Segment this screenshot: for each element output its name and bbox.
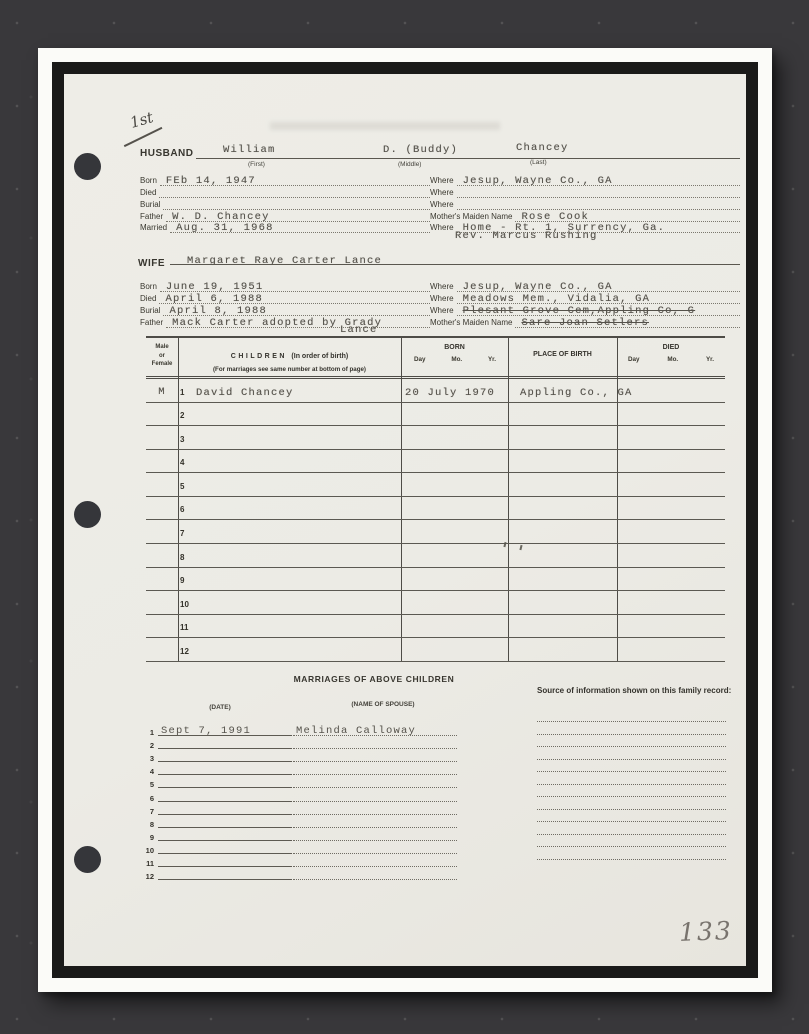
born-column-header: BORN xyxy=(401,344,508,351)
child-row-number: 1 xyxy=(180,388,184,397)
husband-field-row: MarriedAug. 31, 1968WhereHome - Rt. 1, S… xyxy=(140,221,740,233)
marriage-row: 10 xyxy=(144,842,726,855)
marriage-spouse-line xyxy=(293,750,457,762)
wife-where-label: Mother's Maiden Name xyxy=(430,318,515,328)
children-row: 2 xyxy=(146,403,725,427)
marriage-row: 9 xyxy=(144,829,726,842)
marriage-spouse-line xyxy=(293,737,457,749)
last-caption: (Last) xyxy=(530,159,547,166)
page-number: 133 xyxy=(679,916,734,947)
marriage-date-line xyxy=(158,829,292,841)
children-column-header: CHILDREN (In order of birth) (For marria… xyxy=(178,345,401,373)
hole-punch-middle xyxy=(74,501,101,528)
husband-where-label: Where xyxy=(430,223,457,233)
child-row-number: 4 xyxy=(180,458,184,467)
marriage-date: Sept 7, 1991 xyxy=(161,725,251,737)
scanned-sheet: 1st HUSBAND William D. (Buddy) Chancey (… xyxy=(38,48,772,992)
children-row: 5 xyxy=(146,473,725,497)
marriage-date-line xyxy=(158,737,292,749)
husband-field-left: MarriedAug. 31, 1968 xyxy=(140,221,430,233)
marriage-row: 8 xyxy=(144,816,726,829)
marriage-row-number: 5 xyxy=(144,780,154,789)
source-line xyxy=(537,771,726,772)
source-line xyxy=(537,734,726,735)
marriage-row-number: 10 xyxy=(144,846,154,855)
marriage-row: 11 xyxy=(144,855,726,868)
marriage-spouse-line xyxy=(293,776,457,788)
marriage-date-line xyxy=(158,750,292,762)
marriage-row-number: 9 xyxy=(144,833,154,842)
marriage-row-number: 1 xyxy=(144,728,154,737)
date-caption: (DATE) xyxy=(160,704,280,711)
husband-last-name: Chancey xyxy=(516,142,569,154)
marriage-spouse-line xyxy=(293,868,457,880)
scan-border: 1st HUSBAND William D. (Buddy) Chancey (… xyxy=(52,62,758,978)
child-row-number: 6 xyxy=(180,505,184,514)
marriage-row: 2 xyxy=(144,737,726,750)
marriage-date-line: Sept 7, 1991 xyxy=(158,724,292,736)
died-subheaders: Day Mo. Yr. xyxy=(628,356,714,363)
wife-name: Margaret Raye Carter Lance xyxy=(187,255,382,267)
marriage-row-number: 6 xyxy=(144,794,154,803)
marriage-row-number: 3 xyxy=(144,754,154,763)
husband-where-label: Where xyxy=(430,188,457,198)
husband-where-label: Where xyxy=(430,200,457,210)
wife-where-line: Sare Joan Setlers xyxy=(515,315,740,328)
wife-field-line: Mack Carter adopted by Grady xyxy=(166,315,430,328)
wife-field-label: Father xyxy=(140,318,166,328)
source-line xyxy=(537,859,726,860)
officiant: Rev. Marcus Rushing xyxy=(455,230,598,242)
marriage-spouse-line xyxy=(293,803,457,815)
marriage-date-line xyxy=(158,803,292,815)
children-row: 12 xyxy=(146,638,725,662)
source-line xyxy=(537,784,726,785)
husband-name-line xyxy=(196,158,740,159)
wife-where-label: Where xyxy=(430,294,457,304)
desk-background: 1st HUSBAND William D. (Buddy) Chancey (… xyxy=(0,0,809,1034)
marriage-row-number: 12 xyxy=(144,872,154,881)
husband-field-label: Married xyxy=(140,223,170,233)
child-row-number: 12 xyxy=(180,647,189,656)
husband-field-label: Died xyxy=(140,188,159,198)
marriage-date-line xyxy=(158,842,292,854)
child-born: 20 July 1970 xyxy=(405,387,495,399)
child-row-number: 7 xyxy=(180,529,184,538)
marriage-row-number: 8 xyxy=(144,820,154,829)
child-sex: M xyxy=(146,386,178,398)
marriage-date-line xyxy=(158,868,292,880)
source-line xyxy=(537,809,726,810)
marriage-date-line xyxy=(158,763,292,775)
child-row-number: 10 xyxy=(180,600,189,609)
child-row-number: 9 xyxy=(180,576,184,585)
children-row: 8 xyxy=(146,544,725,568)
source-line xyxy=(537,846,726,847)
marriage-date-line xyxy=(158,855,292,867)
child-birthplace: Appling Co., GA xyxy=(520,387,633,399)
middle-caption: (Middle) xyxy=(398,161,421,168)
annotation-underline xyxy=(124,127,162,147)
marriage-spouse-line: Melinda Calloway xyxy=(293,724,457,736)
marriage-date-line xyxy=(158,816,292,828)
source-line xyxy=(537,834,726,835)
husband-middle-name: D. (Buddy) xyxy=(383,144,458,156)
children-row: 10 xyxy=(146,591,725,615)
marriage-row: 1Sept 7, 1991Melinda Calloway xyxy=(144,724,726,737)
child-row-number: 8 xyxy=(180,553,184,562)
born-subheaders: Day Mo. Yr. xyxy=(414,356,496,363)
child-row-number: 5 xyxy=(180,482,184,491)
wife-field-label: Burial xyxy=(140,306,163,316)
children-row: 7 xyxy=(146,520,725,544)
wife-field-left: FatherMack Carter adopted by Grady xyxy=(140,316,430,328)
marriage-row: 12 xyxy=(144,868,726,881)
marriage-spouse-line xyxy=(293,816,457,828)
marriage-row: 3 xyxy=(144,750,726,763)
wife-label: WIFE xyxy=(138,258,165,269)
wife-field-right: Mother's Maiden NameSare Joan Setlers xyxy=(430,316,740,328)
children-table: Male or Female CHILDREN (In order of bir… xyxy=(146,336,725,662)
marriage-spouse-line xyxy=(293,763,457,775)
husband-label: HUSBAND xyxy=(140,148,194,159)
husband-field-label: Burial xyxy=(140,200,163,210)
form-page: 1st HUSBAND William D. (Buddy) Chancey (… xyxy=(64,74,746,966)
spouse-caption: (NAME OF SPOUSE) xyxy=(323,701,443,708)
marriage-row-number: 7 xyxy=(144,807,154,816)
children-row: 9 xyxy=(146,568,725,592)
source-label: Source of information shown on this fami… xyxy=(537,686,733,697)
child-row-number: 2 xyxy=(180,411,184,420)
husband-first-name: William xyxy=(223,144,276,156)
husband-field-label: Born xyxy=(140,176,160,186)
child-row-number: 11 xyxy=(180,623,188,632)
wife-field-row: FatherMack Carter adopted by GradyMother… xyxy=(140,316,740,328)
husband-field-line: Aug. 31, 1968 xyxy=(170,220,430,233)
marriage-row: 4 xyxy=(144,763,726,776)
source-line xyxy=(537,759,726,760)
child-name: David Chancey xyxy=(196,387,294,399)
source-line xyxy=(537,796,726,797)
children-table-body: M1David Chancey20 July 1970Appling Co., … xyxy=(146,379,725,662)
wife-father-continued: Lance xyxy=(340,324,378,336)
source-line xyxy=(537,721,726,722)
children-row: 11 xyxy=(146,615,725,639)
marriage-row-number: 2 xyxy=(144,741,154,750)
wife-where-label: Where xyxy=(430,282,457,292)
first-caption: (First) xyxy=(248,161,265,168)
child-row-number: 3 xyxy=(180,435,184,444)
marriage-spouse: Melinda Calloway xyxy=(296,725,416,737)
place-column-header: PLACE OF BIRTH xyxy=(508,351,617,358)
husband-where-label: Where xyxy=(430,176,457,186)
children-row: 6 xyxy=(146,497,725,521)
marriage-spouse-line xyxy=(293,790,457,802)
scan-smudge xyxy=(270,122,500,130)
source-line xyxy=(537,821,726,822)
died-column-header: DIED xyxy=(617,344,725,351)
children-row: 4 xyxy=(146,450,725,474)
marriage-date-line xyxy=(158,776,292,788)
sex-column-header: Male or Female xyxy=(146,343,178,369)
handwritten-annotation: 1st xyxy=(128,108,155,132)
marriage-spouse-line xyxy=(293,829,457,841)
husband-field-value: Aug. 31, 1968 xyxy=(176,222,274,234)
hole-punch-top xyxy=(74,153,101,180)
source-line xyxy=(537,746,726,747)
wife-field-label: Died xyxy=(140,294,159,304)
marriage-date-line xyxy=(158,790,292,802)
children-row: 3 xyxy=(146,426,725,450)
marriage-row-number: 11 xyxy=(144,859,154,868)
wife-field-label: Born xyxy=(140,282,160,292)
children-table-header: Male or Female CHILDREN (In order of bir… xyxy=(146,338,725,379)
marriages-heading: MARRIAGES OF ABOVE CHILDREN xyxy=(224,674,524,684)
wife-where-label: Where xyxy=(430,306,457,316)
hole-punch-bottom xyxy=(74,846,101,873)
children-row: M1David Chancey20 July 1970Appling Co., … xyxy=(146,379,725,403)
marriage-spouse-line xyxy=(293,842,457,854)
marriage-row-number: 4 xyxy=(144,767,154,776)
wife-where-value: Sare Joan Setlers xyxy=(521,317,649,329)
marriage-spouse-line xyxy=(293,855,457,867)
wife-name-line xyxy=(170,264,740,265)
